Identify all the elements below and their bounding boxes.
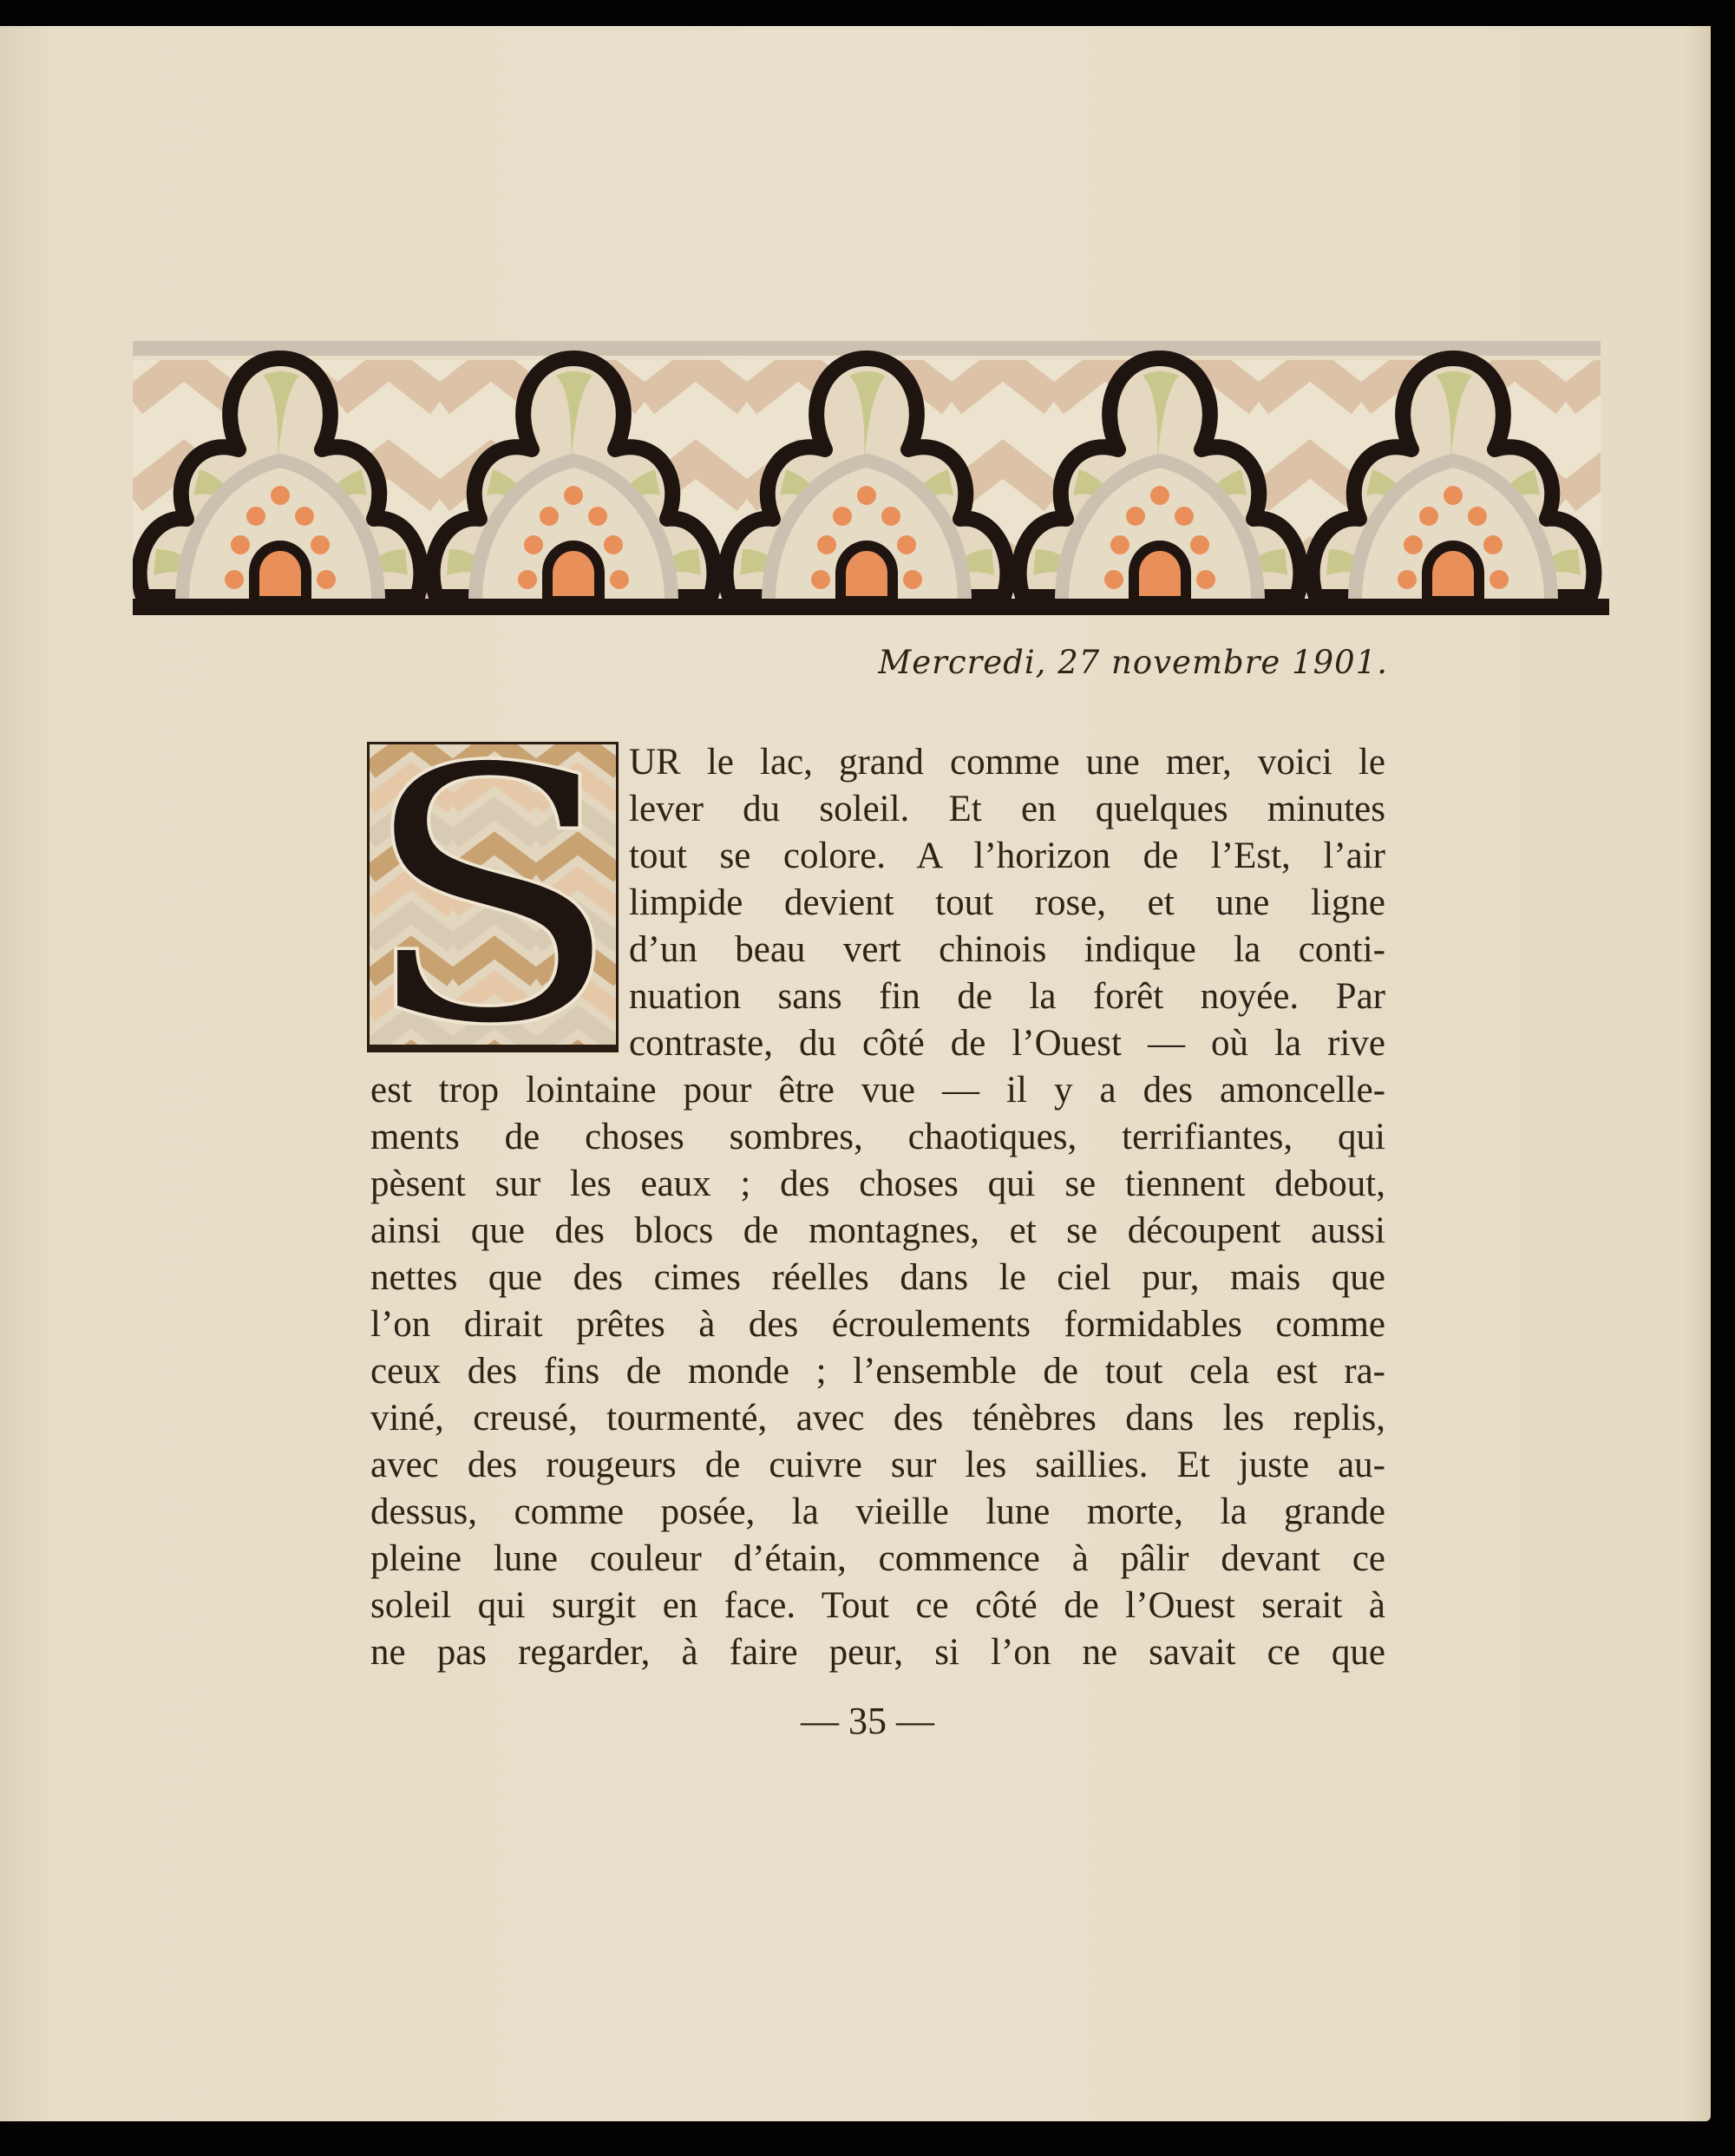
- text-line: dessus, comme posée, la vieille lune mor…: [370, 1489, 1385, 1536]
- text-line: nuation sans fin de la forêt noyée. Par: [629, 973, 1385, 1020]
- text-line: contraste, du côté de l’Ouest — où la ri…: [629, 1020, 1385, 1067]
- text-line: l’on dirait prêtes à des écroulements fo…: [370, 1301, 1385, 1348]
- text-line: pleine lune couleur d’étain, commence à …: [370, 1536, 1385, 1583]
- text-line: nettes que des cimes réelles dans le cie…: [370, 1255, 1385, 1301]
- text-line: d’un beau vert chinois indique la conti-: [629, 927, 1385, 973]
- text-line: ments de choses sombres, chaotiques, ter…: [370, 1114, 1385, 1161]
- text-line: soleil qui surgit en face. Tout ce côté …: [370, 1583, 1385, 1629]
- text-line: viné, creusé, tourmenté, avec des ténèbr…: [370, 1395, 1385, 1442]
- text-line: est trop lointaine pour être vue — il y …: [370, 1067, 1385, 1114]
- text-line: ne pas regarder, à faire peur, si l’on n…: [370, 1629, 1385, 1676]
- ornamental-border-band: [133, 341, 1609, 619]
- entry-date: Mercredi, 27 novembre 1901.: [876, 644, 1388, 681]
- text-line: pèsent sur les eaux ; des choses qui se …: [370, 1161, 1385, 1208]
- body-paragraph: UR le lac, grand comme une mer, voici le…: [370, 739, 1385, 1676]
- text-line: ceux des fins de monde ; l’ensemble de t…: [370, 1348, 1385, 1395]
- text-line: avec des rougeurs de cuivre sur les sail…: [370, 1442, 1385, 1489]
- text-line: ainsi que des blocs de montagnes, et se …: [370, 1208, 1385, 1255]
- text-line: limpide devient tout rose, et une ligne: [629, 880, 1385, 927]
- text-line: lever du soleil. Et en quelques minutes: [629, 786, 1385, 833]
- text-line: UR le lac, grand comme une mer, voici le: [629, 739, 1385, 786]
- book-page: Mercredi, 27 novembre 1901. S UR le lac,…: [0, 26, 1711, 2121]
- text-line: tout se colore. A l’horizon de l’Est, l’…: [629, 833, 1385, 880]
- page-number: — 35 —: [746, 1699, 989, 1743]
